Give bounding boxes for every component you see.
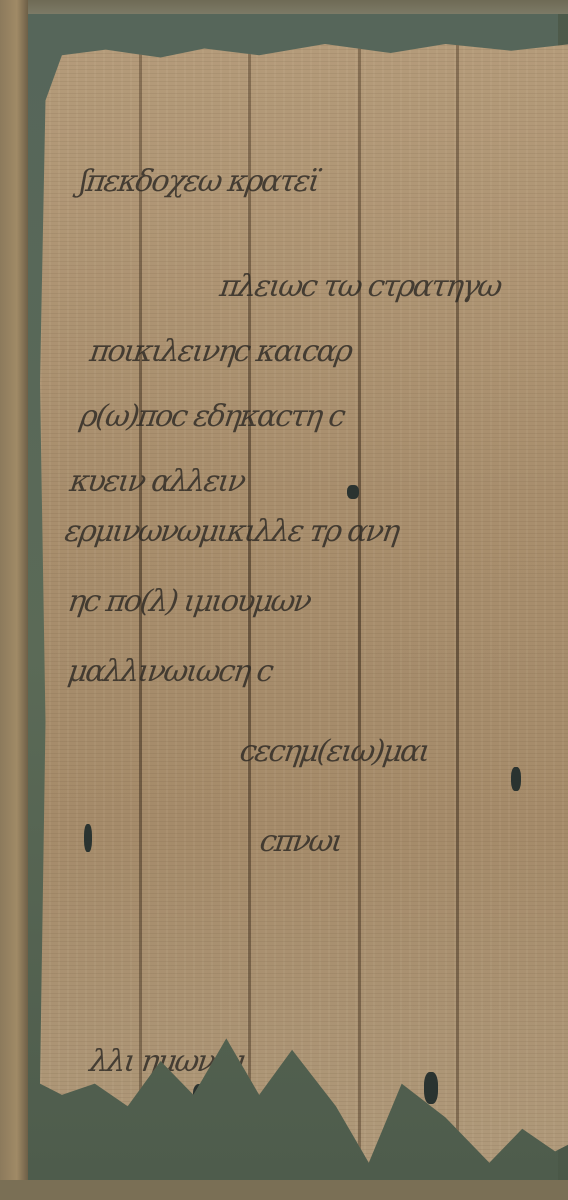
display-mount: ʃπεκδοχεω κρατεϊ πλειωϲ τω ϲτρατηγω ποικ… (28, 14, 558, 1180)
script-line: ϲπνωι (257, 824, 568, 860)
script-line: ʃπεκδοχεω κρατεϊ (77, 164, 568, 200)
frame-left-edge (0, 0, 28, 1200)
script-line: πλειωϲ τω ϲτρατηγω (217, 269, 568, 305)
frame-bottom-edge (0, 1180, 568, 1200)
papyrus-hole (84, 824, 92, 852)
script-line: λλι ημωνωι (87, 1044, 568, 1080)
papyrus-hole (193, 1084, 207, 1106)
script-line: ερμινωνωμικιλλε ᴛρ ανη (62, 514, 568, 550)
picture-frame: ʃπεκδοχεω κρατεϊ πλειωϲ τω ϲτρατηγω ποικ… (0, 0, 568, 1200)
papyrus-sheet: ʃπεκδοχεω κρατεϊ πλειωϲ τω ϲτρατηγω ποικ… (40, 44, 568, 1174)
papyrus-hole (511, 767, 521, 791)
script-line: ηϲ πο(λ) ιμιουμων (65, 584, 568, 620)
script-line: ρ(ω)ποϲ εδηκαϲτη ϲ (77, 399, 568, 435)
script-line: ποικιλεινηϲ καιϲαρ (87, 334, 568, 370)
script-line: μαλλινωιωϲη ϲ (65, 654, 568, 690)
script-line: ϲεϲημ(ειω)μαι (237, 734, 568, 770)
script-line: κυειν αλλειν (67, 464, 568, 500)
frame-top-edge (28, 0, 568, 14)
